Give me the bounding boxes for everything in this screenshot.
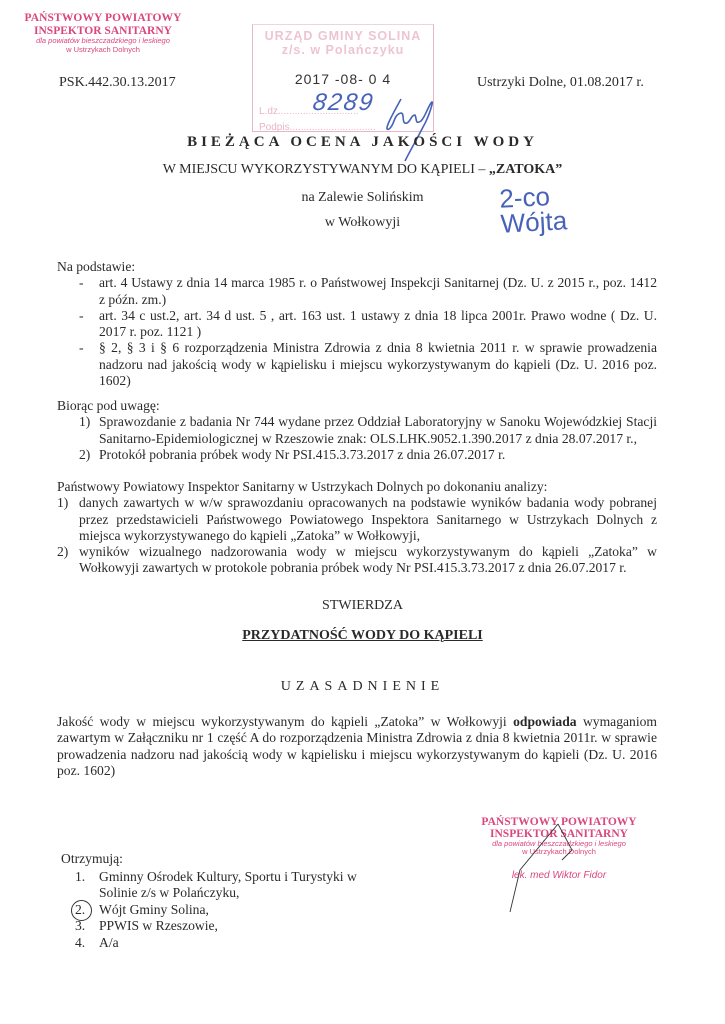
analysis-list: 1)danych zawartych w w/w sprawozdaniu op… <box>57 495 657 576</box>
list-item: -§ 2, § 3 i § 6 rozporządzenia Ministra … <box>57 340 657 389</box>
decision-statement: PRZYDATNOŚĆ WODY DO KĄPIELI <box>0 628 725 644</box>
document-subtitle: W MIEJSCU WYKORZYSTYWANYM DO KĄPIELI – „… <box>0 162 725 178</box>
legal-basis-list: -art. 4 Ustawy z dnia 14 marca 1985 r. o… <box>57 275 657 389</box>
recipients-heading: Otrzymują: <box>61 851 123 867</box>
subtitle-prefix: W MIEJSCU WYKORZYSTYWANYM DO KĄPIELI – <box>163 162 489 177</box>
list-item: 2)Protokół pobrania próbek wody Nr PSI.4… <box>57 447 657 463</box>
list-item: 3.PPWIS w Rzeszowie, <box>61 918 381 934</box>
analysis-section: Państwowy Powiatowy Inspektor Sanitarny … <box>57 479 657 577</box>
issuer-stamp-line4: w Ustrzykach Dolnych <box>18 46 188 54</box>
location-line1: na Zalewie Solińskim <box>0 190 725 206</box>
justification-text: Jakość wody w miejscu wykorzystywanym do… <box>57 714 657 779</box>
handwritten-entry-number: 8289 <box>311 89 376 117</box>
list-item: 2.Wójt Gminy Solina, <box>61 902 381 918</box>
justification-heading: UZASADNIENIE <box>0 679 725 695</box>
list-item: -art. 34 c ust.2, art. 34 d ust. 5 , art… <box>57 308 657 341</box>
analysis-heading: Państwowy Powiatowy Inspektor Sanitarny … <box>57 479 657 495</box>
handwritten-note-line2: Wójta <box>500 208 568 236</box>
issuer-stamp: PAŃSTWOWY POWIATOWY INSPEKTOR SANITARNY … <box>18 12 188 54</box>
signature-scribble-icon <box>500 820 580 920</box>
issuer-stamp-line1: PAŃSTWOWY POWIATOWY <box>18 12 188 25</box>
list-item: 1)danych zawartych w w/w sprawozdaniu op… <box>57 495 657 544</box>
received-stamp-office: URZĄD GMINY SOLINA z/s. w Polańczyku <box>253 29 433 58</box>
considering-heading: Biorąc pod uwagę: <box>57 398 657 414</box>
list-item: 1)Sprawozdanie z badania Nr 744 wydane p… <box>57 414 657 447</box>
reference-number: PSK.442.30.13.2017 <box>59 75 176 91</box>
location-line2: w Wołkowyji <box>0 215 725 231</box>
list-item: 1.Gminny Ośrodek Kultury, Sportu i Turys… <box>61 869 381 902</box>
legal-basis-heading: Na podstawie: <box>57 259 657 275</box>
received-stamp: URZĄD GMINY SOLINA z/s. w Polańczyku 201… <box>252 24 434 132</box>
legal-basis-section: Na podstawie: -art. 4 Ustawy z dnia 14 m… <box>57 259 657 389</box>
signature-label: Podpis............................... <box>259 122 376 133</box>
considering-list: 1)Sprawozdanie z badania Nr 744 wydane p… <box>57 414 657 463</box>
document-title: BIEŻĄCA OCENA JAKOŚCI WODY <box>0 134 725 151</box>
received-date: 2017 -08- 0 4 <box>253 71 433 87</box>
list-item: 4.A/a <box>61 935 381 951</box>
handwritten-signature-icon <box>371 87 451 167</box>
decision-verb: STWIERDZA <box>0 598 725 614</box>
bathing-site-name: „ZATOKA” <box>489 162 562 177</box>
recipients-list: 1.Gminny Ośrodek Kultury, Sportu i Turys… <box>61 869 381 951</box>
place-date: Ustrzyki Dolne, 01.08.2017 r. <box>477 75 644 91</box>
received-stamp-office-line2: z/s. w Polańczyku <box>253 43 433 57</box>
compliance-verdict: odpowiada <box>513 714 576 729</box>
list-item: 2)wyników wizualnego nadzorowania wody w… <box>57 544 657 577</box>
considering-section: Biorąc pod uwagę: 1)Sprawozdanie z badan… <box>57 398 657 463</box>
list-item: -art. 4 Ustawy z dnia 14 marca 1985 r. o… <box>57 275 657 308</box>
received-stamp-office-line1: URZĄD GMINY SOLINA <box>253 29 433 43</box>
handwritten-note: 2-co Wójta <box>499 183 568 236</box>
